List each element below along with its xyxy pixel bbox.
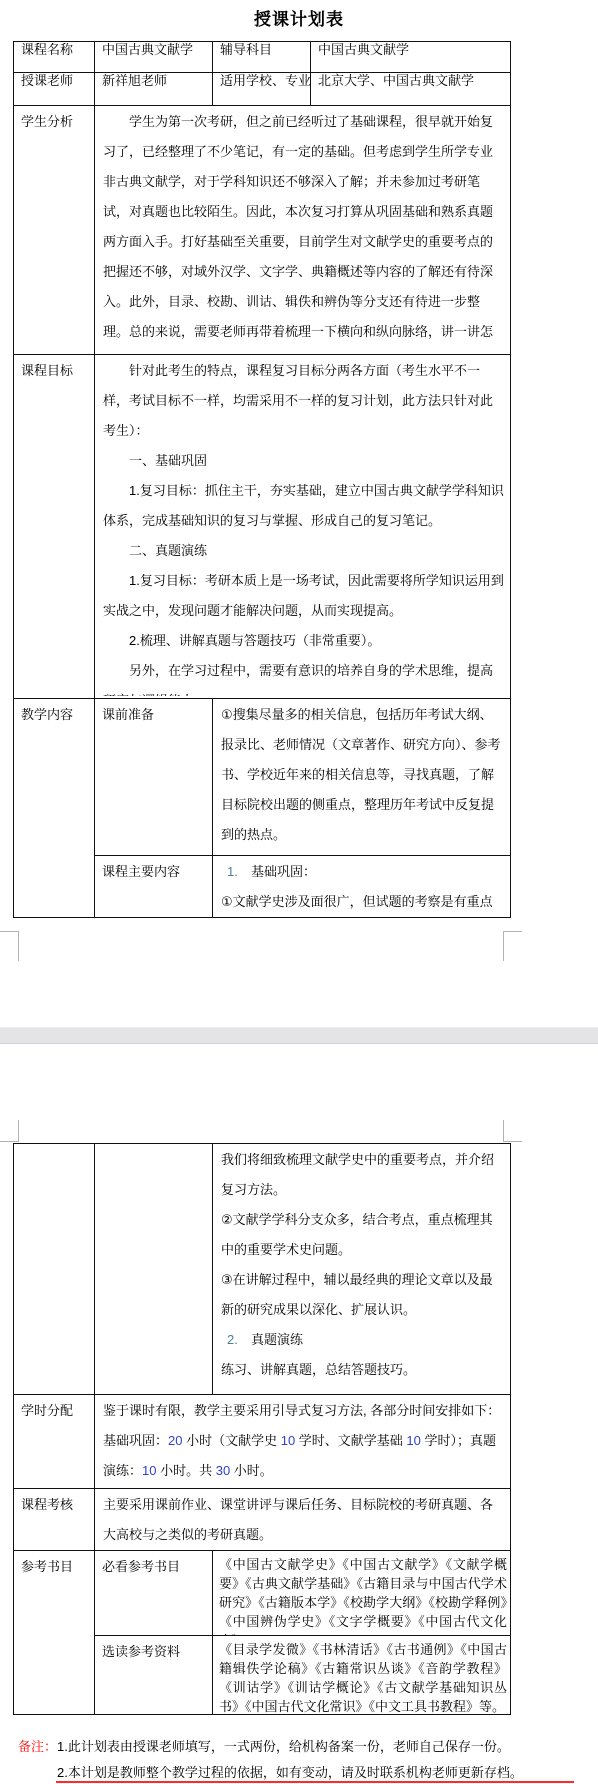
teaching-content-label: 教学内容: [14, 699, 95, 918]
hours-segment: 学时、文献学基础: [295, 1433, 406, 1448]
student-analysis-label: 学生分析: [14, 106, 95, 355]
course-goal-paragraph: 1.复习目标：抓住主干，夯实基础，建立中国古典文献学学科知识体系，完成基础知识的…: [103, 476, 504, 536]
page-separator: [0, 1027, 598, 1044]
teaching-plan-table-page1: 课程名称 中国古典文献学 辅导科目 中国古典文献学 授课老师 新祥旭老师 适用学…: [13, 41, 511, 918]
references-label: 参考书目: [14, 1551, 95, 1715]
course-goal-cell: 针对此考生的特点，课程复习目标分两各方面（考生水平不一样，考试目标不一样，均需采…: [95, 355, 511, 699]
course-goal-paragraph: 另外，在学习过程中，需要有意识的培养自身的学术思维，提高研究与逻辑能力。: [103, 656, 504, 696]
tutoring-subject-label: 辅导科目: [213, 42, 311, 73]
page1-bottom-right-margin-mark: [503, 931, 522, 961]
table-row: 课程考核 主要采用课前作业、课堂讲评与课后任务、目标院校的考研真题、各大高校与之…: [14, 1489, 511, 1551]
footnote-text1: 1.此计划表由授课老师填写，一式两份，给机构备案一份，老师自己保存一份。: [57, 1739, 510, 1754]
footnote: 备注：1.此计划表由授课老师填写，一式两份，给机构备案一份，老师自己保存一份。 …: [18, 1734, 588, 1784]
table-row: 学生分析 学生为第一次考研，但之前已经听过了基础课程，很早就开始复习了，已经整理…: [14, 106, 511, 355]
course-goal-paragraph: 二、真题演练: [103, 536, 504, 566]
pre-class-prep-cell: ①搜集尽量多的相关信息，包括历年考试大纲、报录比、老师情况（文章著作、研究方向）…: [213, 699, 511, 856]
hours-segment: 小时。共: [156, 1463, 215, 1478]
table-row: 参考书目 必看参考书目 《中国古文献学史》《中国古文献学》《文献学概要》《古典文…: [14, 1551, 511, 1636]
main-content-label: 课程主要内容: [95, 856, 213, 918]
empty-cell: [95, 1144, 213, 1395]
course-name-label: 课程名称: [14, 42, 95, 73]
optional-read-list: 《目录学发微》《书林清话》《古书通例》《中国古籍辑佚学论稿》《古籍常识丛谈》《音…: [219, 1640, 507, 1714]
hours-text: 鉴于课时有限，教学主要采用引导式复习方法, 各部分时间安排如下：基础巩固：20 …: [103, 1396, 504, 1486]
teaching-plan-table-page2: 我们将细致梳理文献学史中的重要考点，并介绍复习方法。 ②文献学学科分支众多，结合…: [13, 1143, 511, 1715]
teacher-value: 新祥旭老师: [95, 73, 213, 106]
continuation-paragraph: 我们将细致梳理文献学史中的重要考点，并介绍复习方法。: [221, 1145, 504, 1205]
main-content-item: 2.真题演练: [221, 1325, 504, 1355]
school-major-label: 适用学校、专业: [213, 73, 311, 106]
must-read-label: 必看参考书目: [95, 1551, 213, 1636]
hours-segment: 小时（文献学史: [182, 1433, 280, 1448]
optional-read-label: 选读参考资料: [95, 1636, 213, 1715]
hours-number: 10: [142, 1463, 156, 1478]
main-content-paragraph: ①文献学史涉及面很广，但试题的考察是有重点的。: [221, 887, 504, 915]
main-content-continued-cell: 我们将细致梳理文献学史中的重要考点，并介绍复习方法。 ②文献学学科分支众多，结合…: [213, 1144, 511, 1395]
tutoring-subject-value: 中国古典文献学: [311, 42, 511, 73]
main-content-item: 1.基础巩固：: [221, 857, 504, 887]
must-read-list: 《中国古文献学史》《中国古文献学》《文献学概要》《古典文献学基础》《古籍目录与中…: [219, 1555, 507, 1635]
student-analysis-cell: 学生为第一次考研，但之前已经听过了基础课程，很早就开始复习了，已经整理了不少笔记…: [95, 106, 511, 355]
hours-number: 20: [168, 1433, 182, 1448]
list-text: 基础巩固：: [251, 864, 316, 879]
main-content-cell: 1.基础巩固： ①文献学史涉及面很广，但试题的考察是有重点的。: [213, 856, 511, 918]
hours-allocation-label: 学时分配: [14, 1395, 95, 1489]
hours-number: 10: [281, 1433, 295, 1448]
list-text: 真题演练: [251, 1332, 303, 1347]
assessment-cell: 主要采用课前作业、课堂讲评与课后任务、目标院校的考研真题、各大高校与之类似的考研…: [95, 1489, 511, 1551]
list-number: 1.: [227, 857, 251, 887]
table-row: 课程目标 针对此考生的特点，课程复习目标分两各方面（考生水平不一样，考试目标不一…: [14, 355, 511, 699]
table-row: 课程名称 中国古典文献学 辅导科目 中国古典文献学: [14, 42, 511, 73]
table-row: 学时分配 鉴于课时有限，教学主要采用引导式复习方法, 各部分时间安排如下：基础巩…: [14, 1395, 511, 1489]
pre-class-prep-label: 课前准备: [95, 699, 213, 856]
page2-top-right-margin-mark: [503, 1120, 522, 1142]
empty-cell: [14, 1144, 95, 1395]
page-title: 授课计划表: [0, 5, 598, 30]
course-goal-paragraph: 针对此考生的特点，课程复习目标分两各方面（考生水平不一样，考试目标不一样，均需采…: [103, 356, 504, 446]
document-canvas: 授课计划表 课程名称 中国古典文献学 辅导科目 中国古典文献学 授课老师 新祥旭…: [0, 0, 598, 1784]
hours-number: 10: [406, 1433, 420, 1448]
optional-read-cell: 《目录学发微》《书林清话》《古书通例》《中国古籍辑佚学论稿》《古籍常识丛谈》《音…: [213, 1636, 511, 1715]
course-goal-label: 课程目标: [14, 355, 95, 699]
hours-allocation-cell: 鉴于课时有限，教学主要采用引导式复习方法, 各部分时间安排如下：基础巩固：20 …: [95, 1395, 511, 1489]
assessment-label: 课程考核: [14, 1489, 95, 1551]
student-analysis-text: 学生为第一次考研，但之前已经听过了基础课程，很早就开始复习了，已经整理了不少笔记…: [103, 107, 504, 352]
assessment-text: 主要采用课前作业、课堂讲评与课后任务、目标院校的考研真题、各大高校与之类似的考研…: [103, 1490, 504, 1548]
course-goal-paragraph: 一、基础巩固: [103, 446, 504, 476]
teacher-label: 授课老师: [14, 73, 95, 106]
hours-number: 30: [216, 1463, 230, 1478]
continuation-paragraph: 练习、讲解真题，总结答题技巧。: [221, 1355, 504, 1385]
prep-paragraph: ①搜集尽量多的相关信息，包括历年考试大纲、报录比、老师情况（文章著作、研究方向）…: [221, 700, 504, 850]
footnote-red-underline: [56, 1781, 574, 1783]
continuation-paragraph: ③在讲解过程中，辅以最经典的理论文章以及最新的研究成果以深化、扩展认识。: [221, 1265, 504, 1325]
table-row: 我们将细致梳理文献学史中的重要考点，并介绍复习方法。 ②文献学学科分支众多，结合…: [14, 1144, 511, 1395]
page2-top-left-margin-mark: [0, 1120, 19, 1142]
course-goal-paragraph: 1.复习目标：考研本质上是一场考试，因此需要将所学知识运用到实战之中，发现问题才…: [103, 566, 504, 626]
hours-segment: 小时。: [230, 1463, 273, 1478]
table-row: 教学内容 课前准备 ①搜集尽量多的相关信息，包括历年考试大纲、报录比、老师情况（…: [14, 699, 511, 856]
page1-bottom-left-margin-mark: [0, 931, 19, 961]
school-major-value: 北京大学、中国古典文献学: [311, 73, 511, 106]
course-goal-paragraph: 2.梳理、讲解真题与答题技巧（非常重要）。: [103, 626, 504, 656]
continuation-paragraph: ②文献学学科分支众多，结合考点，重点梳理其中的重要学术史问题。: [221, 1205, 504, 1265]
footnote-label: 备注：: [18, 1739, 57, 1754]
table-row: 授课老师 新祥旭老师 适用学校、专业 北京大学、中国古典文献学: [14, 73, 511, 106]
must-read-cell: 《中国古文献学史》《中国古文献学》《文献学概要》《古典文献学基础》《古籍目录与中…: [213, 1551, 511, 1636]
footnote-line1: 备注：1.此计划表由授课老师填写，一式两份，给机构备案一份，老师自己保存一份。: [18, 1734, 588, 1760]
list-number: 2.: [227, 1325, 251, 1355]
course-name-value: 中国古典文献学: [95, 42, 213, 73]
prep-paragraph: ②了解学情，随时沟通，随时调整。: [221, 850, 504, 853]
